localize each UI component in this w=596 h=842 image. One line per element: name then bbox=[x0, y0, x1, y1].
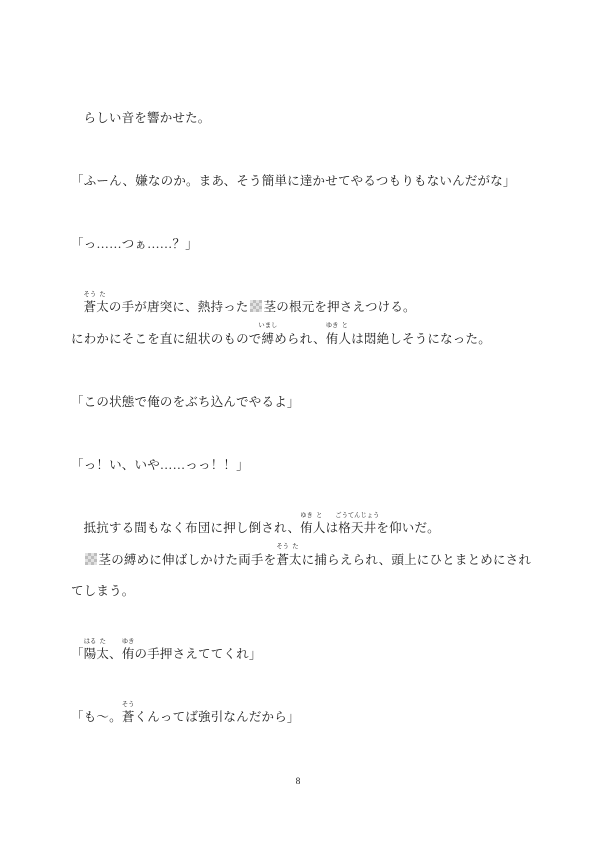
text-segment: にわかにそこを直に紐状のもので bbox=[71, 332, 262, 346]
ruby-annotated-text: と人 bbox=[313, 520, 326, 536]
ruby-annotated-text: そう蒼 bbox=[276, 552, 289, 568]
ruby-annotated-text: ゆき侑 bbox=[326, 331, 339, 347]
text-line: そう蒼た太の手が唐突に、熱持った茎の根元を押さえつける。 bbox=[71, 299, 416, 315]
text-line: 「ふーん、嫌なのか。まあ、そう簡単に達かせてやるつもりもないんだがな」 bbox=[71, 173, 516, 189]
text-segment: てしまう。 bbox=[71, 584, 135, 598]
ruby-annotated-text: た太 bbox=[96, 299, 109, 315]
text-segment: 格天井 bbox=[338, 521, 376, 535]
furigana: そう bbox=[84, 292, 97, 299]
furigana: そう bbox=[276, 544, 289, 551]
furigana: た bbox=[100, 639, 106, 646]
text-line: 「っ！い、いや……っっ！！」 bbox=[71, 457, 249, 473]
furigana: いまし bbox=[258, 323, 277, 330]
text-segment: 人 bbox=[313, 521, 326, 535]
censored-block bbox=[85, 553, 97, 565]
text-segment: 「ふーん、嫌なのか。まあ、そう簡単に達かせてやるつもりもないんだがな」 bbox=[71, 174, 516, 188]
furigana: ごうてんじょう bbox=[335, 513, 379, 520]
text-segment: くんってば強引なんだから」 bbox=[135, 710, 300, 724]
text-segment: に捕らえられ、頭上にひとまとめにされ bbox=[302, 553, 531, 567]
text-segment: 侑 bbox=[122, 647, 135, 661]
text-segment: 縛 bbox=[262, 332, 275, 346]
text-segment: 茎の縛めに伸ばしかけた両手を bbox=[99, 553, 277, 567]
ruby-annotated-text: いまし縛 bbox=[262, 331, 275, 347]
text-segment: 蒼 bbox=[84, 300, 97, 314]
furigana: そう bbox=[122, 702, 135, 709]
ruby-annotated-text: そう蒼 bbox=[84, 299, 97, 315]
text-line: 「この状態で俺のをぶち込んでやるよ」 bbox=[71, 394, 300, 410]
text-segment: 太 bbox=[289, 553, 302, 567]
text-segment: 「 bbox=[71, 647, 84, 661]
ruby-annotated-text: ゆき侑 bbox=[122, 646, 135, 662]
censored-block bbox=[250, 300, 262, 312]
text-segment: 侑 bbox=[326, 332, 339, 346]
text-segment: 太 bbox=[96, 647, 109, 661]
text-segment: の手が唐突に、熱持った bbox=[109, 300, 249, 314]
furigana: ゆき bbox=[300, 513, 313, 520]
text-segment: められ、 bbox=[274, 332, 326, 346]
text-segment: 茎の根元を押さえつける。 bbox=[264, 300, 416, 314]
text-line: にわかにそこを直に紐状のものでいまし縛められ、ゆき侑と人は悶絶しそうになった。 bbox=[71, 331, 491, 347]
page-number: 8 bbox=[0, 777, 596, 787]
ruby-annotated-text: ゆき侑 bbox=[300, 520, 313, 536]
ruby-annotated-text: ごうてんじょう格天井 bbox=[338, 520, 376, 536]
text-segment: の手押さえててくれ」 bbox=[135, 647, 262, 661]
furigana: と bbox=[316, 513, 322, 520]
text-segment: は悶絶しそうになった。 bbox=[351, 332, 491, 346]
text-segment: 侑 bbox=[300, 521, 313, 535]
text-segment: 抵抗する間もなく布団に押し倒され、 bbox=[84, 521, 301, 535]
text-segment: 陽 bbox=[84, 647, 97, 661]
document-page: らしい音を響かせた。「ふーん、嫌なのか。まあ、そう簡単に達かせてやるつもりもない… bbox=[0, 0, 596, 842]
text-line: 「はる陽た太、ゆき侑の手押さえててくれ」 bbox=[71, 646, 262, 662]
text-segment: 人 bbox=[338, 332, 351, 346]
text-segment: 、 bbox=[109, 647, 122, 661]
furigana: はる bbox=[84, 639, 97, 646]
ruby-annotated-text: た太 bbox=[96, 646, 109, 662]
text-segment: 「っ……つぁ……？」 bbox=[71, 237, 198, 251]
ruby-annotated-text: た太 bbox=[289, 552, 302, 568]
text-segment: 太 bbox=[96, 300, 109, 314]
furigana: た bbox=[99, 292, 105, 299]
furigana: ゆき bbox=[122, 639, 135, 646]
text-segment: を仰いだ。 bbox=[376, 521, 440, 535]
ruby-annotated-text: そう蒼 bbox=[122, 709, 135, 725]
furigana: ゆき bbox=[326, 323, 339, 330]
text-segment: 蒼 bbox=[122, 710, 135, 724]
text-line: 「も〜。そう蒼くんってば強引なんだから」 bbox=[71, 709, 300, 725]
text-segment: は bbox=[326, 521, 339, 535]
text-segment: 「っ！い、いや……っっ！！」 bbox=[71, 458, 249, 472]
text-segment: らしい音を響かせた。 bbox=[84, 111, 211, 125]
text-line: 茎の縛めに伸ばしかけた両手をそう蒼た太に捕らえられ、頭上にひとまとめにされ bbox=[71, 552, 531, 568]
text-line: らしい音を響かせた。 bbox=[71, 110, 211, 126]
ruby-annotated-text: と人 bbox=[338, 331, 351, 347]
text-segment: 「も〜。 bbox=[71, 710, 122, 724]
furigana: と bbox=[342, 323, 348, 330]
text-line: 抵抗する間もなく布団に押し倒され、ゆき侑と人はごうてんじょう格天井を仰いだ。 bbox=[71, 520, 440, 536]
text-line: てしまう。 bbox=[71, 583, 135, 599]
text-segment: 「この状態で俺のをぶち込んでやるよ」 bbox=[71, 395, 300, 409]
text-line: 「っ……つぁ……？」 bbox=[71, 236, 198, 252]
furigana: た bbox=[292, 544, 298, 551]
text-segment: 蒼 bbox=[276, 553, 289, 567]
ruby-annotated-text: はる陽 bbox=[84, 646, 97, 662]
